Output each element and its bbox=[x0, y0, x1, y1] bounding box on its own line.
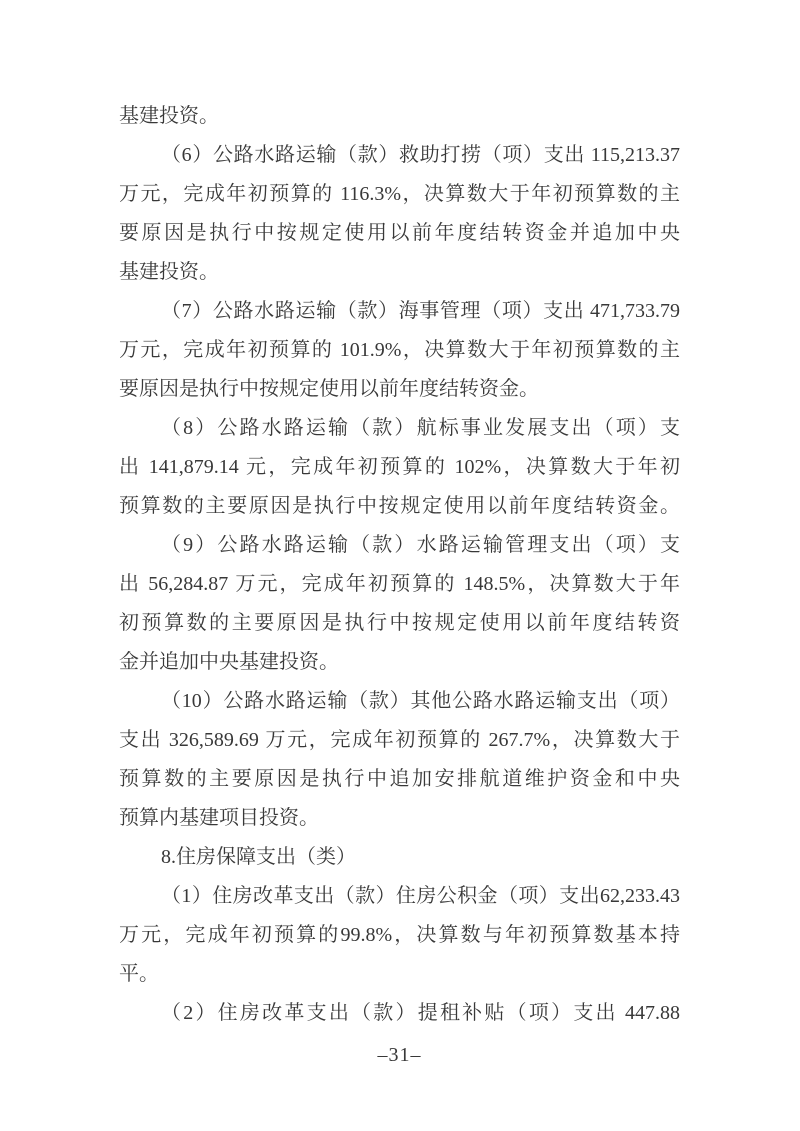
text-line: （6）公路水路运输（款）救助打捞（项）支出 115,213.37 bbox=[119, 136, 680, 175]
text-line: 预算数的主要原因是执行中追加安排航道维护资金和中央 bbox=[119, 760, 680, 799]
text-line: （9）公路水路运输（款）水路运输管理支出（项）支 bbox=[119, 526, 680, 565]
text-line: 要原因是执行中按规定使用以前年度结转资金。 bbox=[119, 370, 680, 409]
text-line: （2）住房改革支出（款）提租补贴（项）支出 447.88 bbox=[119, 994, 680, 1033]
page-content: 基建投资。 （6）公路水路运输（款）救助打捞（项）支出 115,213.37 万… bbox=[119, 97, 680, 1033]
section-heading: 8.住房保障支出（类） bbox=[119, 838, 680, 877]
document-page: 基建投资。 （6）公路水路运输（款）救助打捞（项）支出 115,213.37 万… bbox=[0, 0, 800, 1131]
text-line: 万元，完成年初预算的99.8%，决算数与年初预算数基本持 bbox=[119, 916, 680, 955]
page-number: –31– bbox=[119, 1042, 680, 1068]
text-line: 支出 326,589.69 万元，完成年初预算的 267.7%，决算数大于 bbox=[119, 721, 680, 760]
text-line: 金并追加中央基建投资。 bbox=[119, 643, 680, 682]
text-line: 要原因是执行中按规定使用以前年度结转资金并追加中央 bbox=[119, 214, 680, 253]
text-line: 万元，完成年初预算的 101.9%，决算数大于年初预算数的主 bbox=[119, 331, 680, 370]
text-line: 出 141,879.14 元，完成年初预算的 102%，决算数大于年初 bbox=[119, 448, 680, 487]
text-line: 预算数的主要原因是执行中按规定使用以前年度结转资金。 bbox=[119, 487, 680, 526]
text-line: 万元，完成年初预算的 116.3%，决算数大于年初预算数的主 bbox=[119, 175, 680, 214]
text-line: （8）公路水路运输（款）航标事业发展支出（项）支 bbox=[119, 409, 680, 448]
text-line: 初预算数的主要原因是执行中按规定使用以前年度结转资 bbox=[119, 604, 680, 643]
text-line: （1）住房改革支出（款）住房公积金（项）支出62,233.43 bbox=[119, 877, 680, 916]
text-line: 出 56,284.87 万元，完成年初预算的 148.5%，决算数大于年 bbox=[119, 565, 680, 604]
text-line: 平。 bbox=[119, 955, 680, 994]
text-line: 基建投资。 bbox=[119, 97, 680, 136]
text-line: （7）公路水路运输（款）海事管理（项）支出 471,733.79 bbox=[119, 292, 680, 331]
text-line: 基建投资。 bbox=[119, 253, 680, 292]
text-line: （10）公路水路运输（款）其他公路水路运输支出（项） bbox=[119, 682, 680, 721]
text-line: 预算内基建项目投资。 bbox=[119, 799, 680, 838]
